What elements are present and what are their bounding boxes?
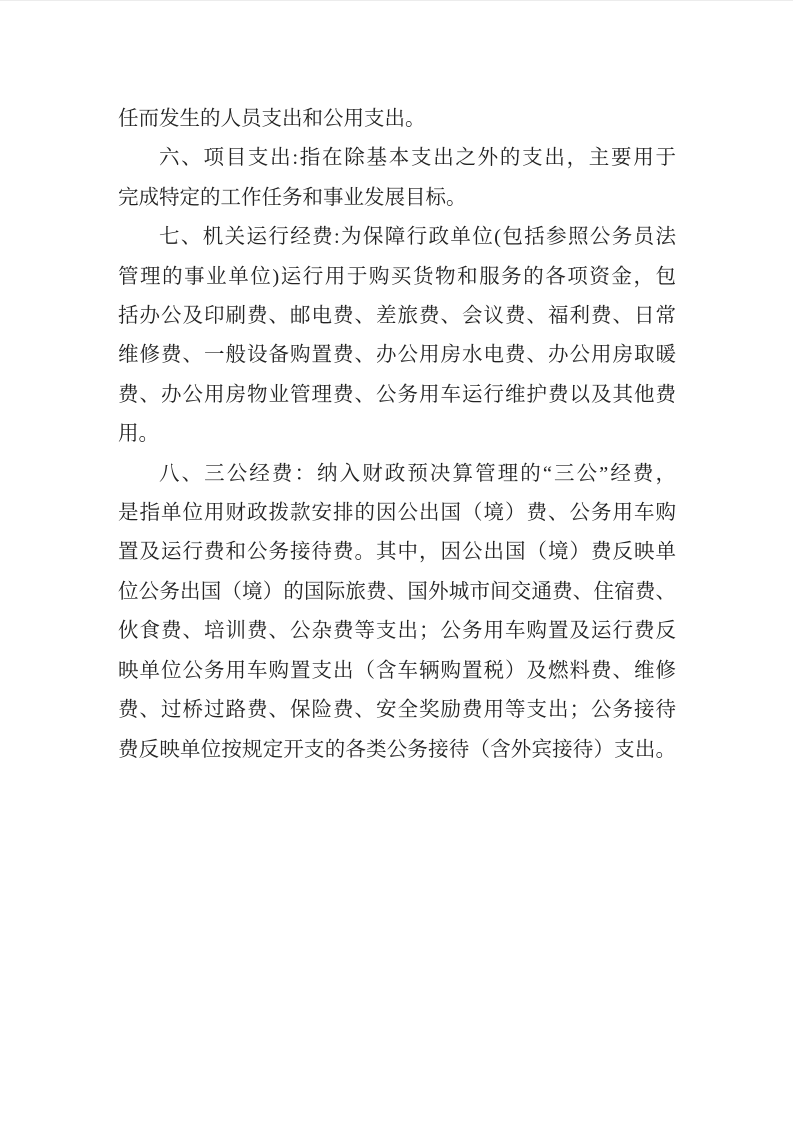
text-line: 费、办公用房物业管理费、公务用车运行维护费以及其他费: [118, 376, 676, 415]
document-text-block: 任而发生的人员支出和公用支出。 六、项目支出:指在除基本支出之外的支出，主要用于…: [118, 100, 676, 770]
text-line-section-6: 六、项目支出:指在除基本支出之外的支出，主要用于: [118, 139, 676, 178]
text-line: 置及运行费和公务接待费。其中，因公出国（境）费反映单: [118, 533, 676, 572]
text-line: 映单位公务用车购置支出（含车辆购置税）及燃料费、维修: [118, 652, 676, 691]
text-line-section-7: 七、机关运行经费:为保障行政单位(包括参照公务员法: [118, 218, 676, 257]
text-line: 伙食费、培训费、公杂费等支出；公务用车购置及运行费反: [118, 612, 676, 651]
text-line: 管理的事业单位)运行用于购买货物和服务的各项资金，包: [118, 258, 676, 297]
text-line: 用。: [118, 415, 676, 454]
text-line: 费反映单位按规定开支的各类公务接待（含外宾接待）支出。: [118, 731, 676, 770]
text-line-section-8: 八、三公经费：纳入财政预决算管理的“三公”经费，: [118, 455, 676, 494]
text-line: 完成特定的工作任务和事业发展目标。: [118, 179, 676, 218]
text-line: 是指单位用财政拨款安排的因公出国（境）费、公务用车购: [118, 494, 676, 533]
text-line: 维修费、一般设备购置费、办公用房水电费、办公用房取暖: [118, 336, 676, 375]
text-line: 括办公及印刷费、邮电费、差旅费、会议费、福利费、日常: [118, 297, 676, 336]
text-line: 位公务出国（境）的国际旅费、国外城市间交通费、住宿费、: [118, 573, 676, 612]
text-line: 费、过桥过路费、保险费、安全奖励费用等支出；公务接待: [118, 691, 676, 730]
document-page: 任而发生的人员支出和公用支出。 六、项目支出:指在除基本支出之外的支出，主要用于…: [0, 0, 793, 1122]
text-line: 任而发生的人员支出和公用支出。: [118, 100, 676, 139]
